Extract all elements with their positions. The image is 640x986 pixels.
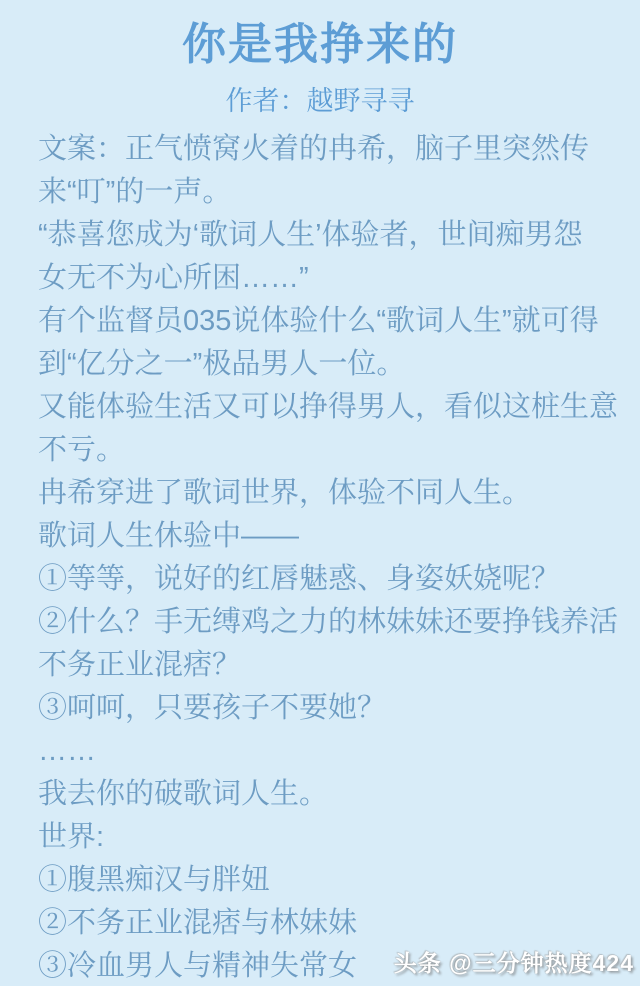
- novel-author: 作者：越野寻寻: [0, 84, 640, 118]
- synopsis-line: 文案：正气愤窝火着的冉希，脑子里突然传: [38, 128, 630, 171]
- synopsis-line: 不亏。: [38, 429, 630, 472]
- synopsis-line: ……: [38, 730, 630, 773]
- synopsis-line: ②什么？手无缚鸡之力的林妹妹还要挣钱养活: [38, 601, 630, 644]
- novel-title: 你是我挣来的: [0, 18, 640, 72]
- synopsis-line: ③呵呵，只要孩子不要她？: [38, 687, 630, 730]
- synopsis: 文案：正气愤窝火着的冉希，脑子里突然传 来“叮”的一声。 “恭喜您成为‘歌词人生…: [0, 128, 640, 986]
- synopsis-line: ①腹黑痴汉与胖妞: [38, 859, 630, 902]
- synopsis-line: ①等等，说好的红唇魅惑、身姿妖娆呢？: [38, 558, 630, 601]
- synopsis-line: 女无不为心所困……”: [38, 257, 630, 300]
- synopsis-line: 世界:: [38, 816, 630, 859]
- synopsis-line: 又能体验生活又可以挣得男人，看似这桩生意: [38, 386, 630, 429]
- synopsis-line: 来“叮”的一声。: [38, 171, 630, 214]
- synopsis-line: 有个监督员035说体验什么“歌词人生”就可得: [38, 300, 630, 343]
- synopsis-line: 不务正业混痞？: [38, 644, 630, 687]
- synopsis-line: 到“亿分之一”极品男人一位。: [38, 343, 630, 386]
- synopsis-line: 歌词人生休验中——: [38, 515, 630, 558]
- synopsis-line: ②不务正业混痞与林妹妹: [38, 902, 630, 945]
- synopsis-line: 冉希穿进了歌词世界，体验不同人生。: [38, 472, 630, 515]
- toutiao-watermark: 头条 @三分钟热度424: [394, 945, 634, 978]
- synopsis-line: 我去你的破歌词人生。: [38, 773, 630, 816]
- novel-intro-card: 你是我挣来的 作者：越野寻寻 文案：正气愤窝火着的冉希，脑子里突然传 来“叮”的…: [0, 0, 640, 986]
- synopsis-line: “恭喜您成为‘歌词人生’体验者，世间痴男怨: [38, 214, 630, 257]
